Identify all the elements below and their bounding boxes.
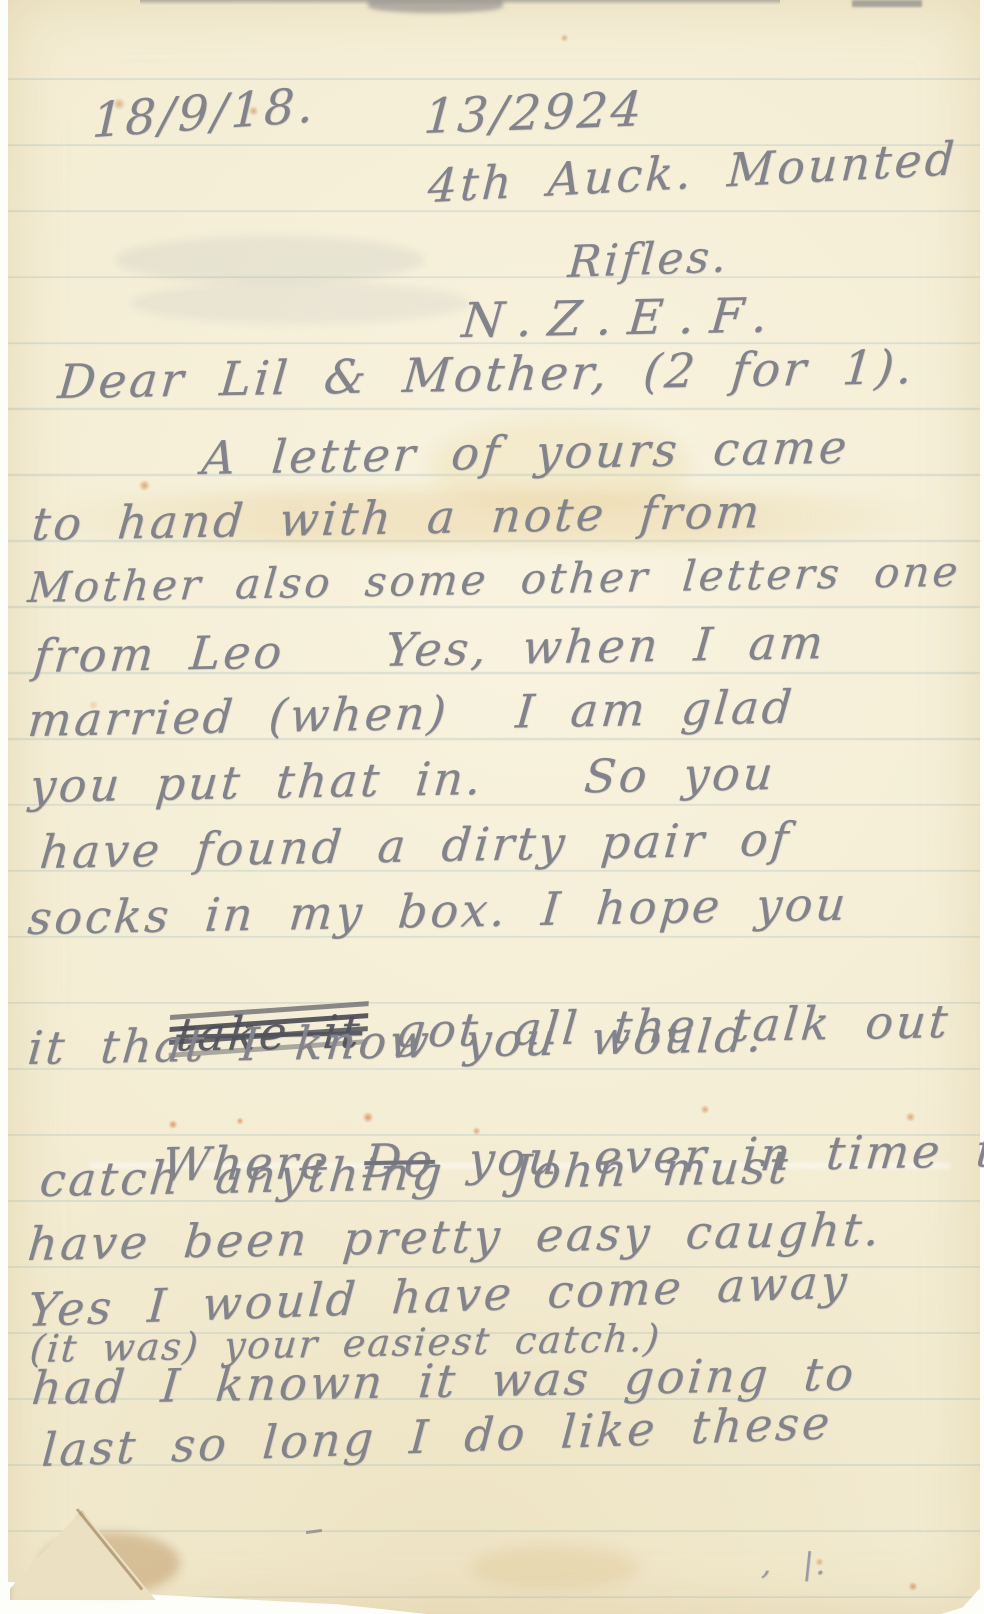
letter-scan-page: 18/9/18. 13/2924 4th Auck. Mounted Rifle… bbox=[0, 0, 984, 1614]
unit-line-2: Rifles. bbox=[566, 232, 731, 288]
unit-line-3: N.Z.E.F. bbox=[460, 288, 786, 349]
body-line: A letter of yours came bbox=[200, 421, 852, 485]
service-number: 13/2924 bbox=[422, 82, 646, 145]
stray-pencil-marks: , |. bbox=[760, 1548, 830, 1583]
